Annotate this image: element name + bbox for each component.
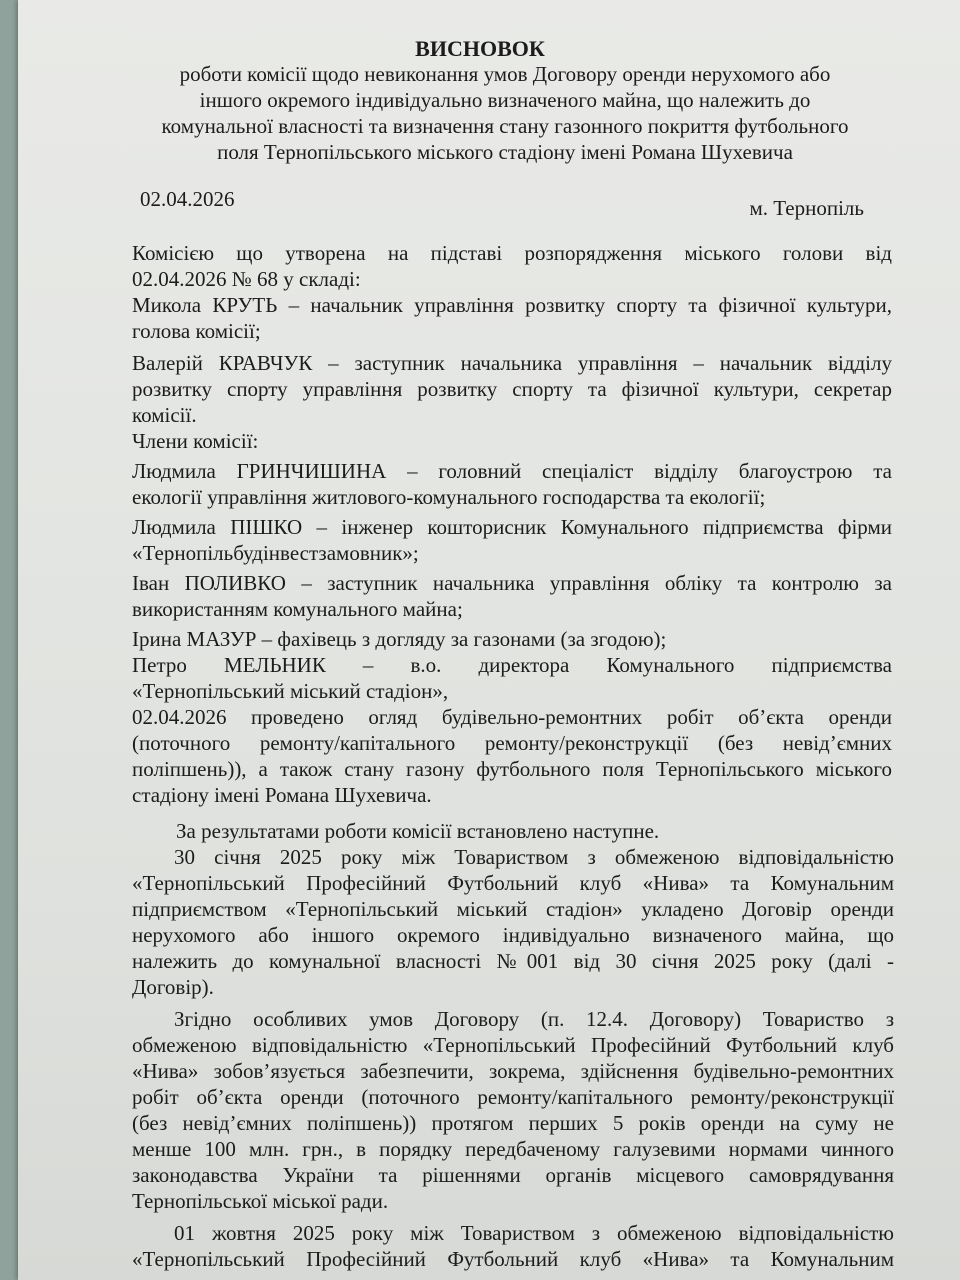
inspection-line: (поточного ремонту/капітального ремонту/… xyxy=(132,730,892,756)
paragraph-1-line: нерухомого або іншого окремого індивідуа… xyxy=(132,922,894,948)
member-line: Людмила ГРИНЧИШИНА – головний спеціаліст… xyxy=(132,458,892,484)
member-line: «Тернопільбудінвестзамовник»; xyxy=(132,540,892,566)
member-line: використанням комунального майна; xyxy=(132,596,892,622)
paragraph-1-line: підприємством «Тернопільський міський ст… xyxy=(132,896,894,922)
chair-line: голова комісії; xyxy=(132,318,892,344)
paragraph-1-line: «Тернопільський Професійний Футбольний к… xyxy=(132,870,894,896)
document-title: ВИСНОВОК xyxy=(0,36,960,62)
secretary-line: Валерій КРАВЧУК – заступник начальника у… xyxy=(132,350,892,376)
paragraph-2-line: Згідно особливих умов Договору (п. 12.4.… xyxy=(132,1006,894,1032)
paragraph-2-line: «Нива» зобов’язується забезпечити, зокре… xyxy=(132,1058,894,1084)
commission-intro-line: 02.04.2026 № 68 у складі: xyxy=(132,266,892,292)
commission-intro-line: Комісією що утворена на підставі розпоря… xyxy=(132,240,892,266)
secretary-line: комісії. xyxy=(132,402,892,428)
subtitle-line: комунальної власності та визначення стан… xyxy=(140,113,870,139)
results-section: За результатами роботи комісії встановле… xyxy=(132,818,894,1272)
paragraph-1-line: належить до комунальної власності №001 в… xyxy=(132,948,894,974)
secretary-line: розвитку спорту управління розвитку спор… xyxy=(132,376,892,402)
member-line: Петро МЕЛЬНИК – в.о. директора Комунальн… xyxy=(132,652,892,678)
document-date: 02.04.2026 xyxy=(140,186,235,212)
document-subtitle: роботи комісії щодо невиконання умов Дог… xyxy=(140,61,870,165)
member-line: «Тернопільський міський стадіон», xyxy=(132,678,892,704)
inspection-line: поліпшень)), а також стану газону футбол… xyxy=(132,756,892,782)
commission-section: Комісією що утворена на підставі розпоря… xyxy=(132,240,892,808)
members-label: Члени комісії: xyxy=(132,428,892,454)
paragraph-3-line: 01 жовтня 2025 року між Товариством з об… xyxy=(132,1220,894,1246)
paragraph-2-line: Тернопільської міської ради. xyxy=(132,1188,894,1214)
paragraph-1-line: Договір). xyxy=(132,974,894,1000)
inspection-line: 02.04.2026 проведено огляд будівельно-ре… xyxy=(132,704,892,730)
paragraph-2-line: менше 100 млн. грн., в порядку передбаче… xyxy=(132,1136,894,1162)
paragraph-2-line: робіт об’єкта оренди (поточного ремонту/… xyxy=(132,1084,894,1110)
chair-line: Микола КРУТЬ – начальник управління розв… xyxy=(132,292,892,318)
paragraph-2-line: законодавства України та рішеннями орган… xyxy=(132,1162,894,1188)
member-line: Людмила ПІШКО – інженер кошторисник Кому… xyxy=(132,514,892,540)
member-line: Ірина МАЗУР – фахівець з догляду за газо… xyxy=(132,626,892,652)
paragraph-1-line: 30 січня 2025 року між Товариством з обм… xyxy=(132,844,894,870)
paragraph-2-line: (без невід’ємних поліпшень)) протягом пе… xyxy=(132,1110,894,1136)
results-intro: За результатами роботи комісії встановле… xyxy=(132,818,894,844)
paragraph-2-line: обмеженою відповідальністю «Тернопільськ… xyxy=(132,1032,894,1058)
subtitle-line: поля Тернопільського міського стадіону і… xyxy=(140,139,870,165)
member-line: Іван ПОЛИВКО – заступник начальника упра… xyxy=(132,570,892,596)
subtitle-line: роботи комісії щодо невиконання умов Дог… xyxy=(140,61,870,87)
inspection-line: стадіону імені Романа Шухевича. xyxy=(132,782,892,808)
document-city: м. Тернопіль xyxy=(749,195,864,221)
document: ВИСНОВОК роботи комісії щодо невиконання… xyxy=(0,0,960,1280)
paragraph-3-line: «Тернопільський Професійний Футбольний к… xyxy=(132,1246,894,1272)
subtitle-line: іншого окремого індивідуально визначеног… xyxy=(140,87,870,113)
member-line: екології управління житлового-комунально… xyxy=(132,484,892,510)
